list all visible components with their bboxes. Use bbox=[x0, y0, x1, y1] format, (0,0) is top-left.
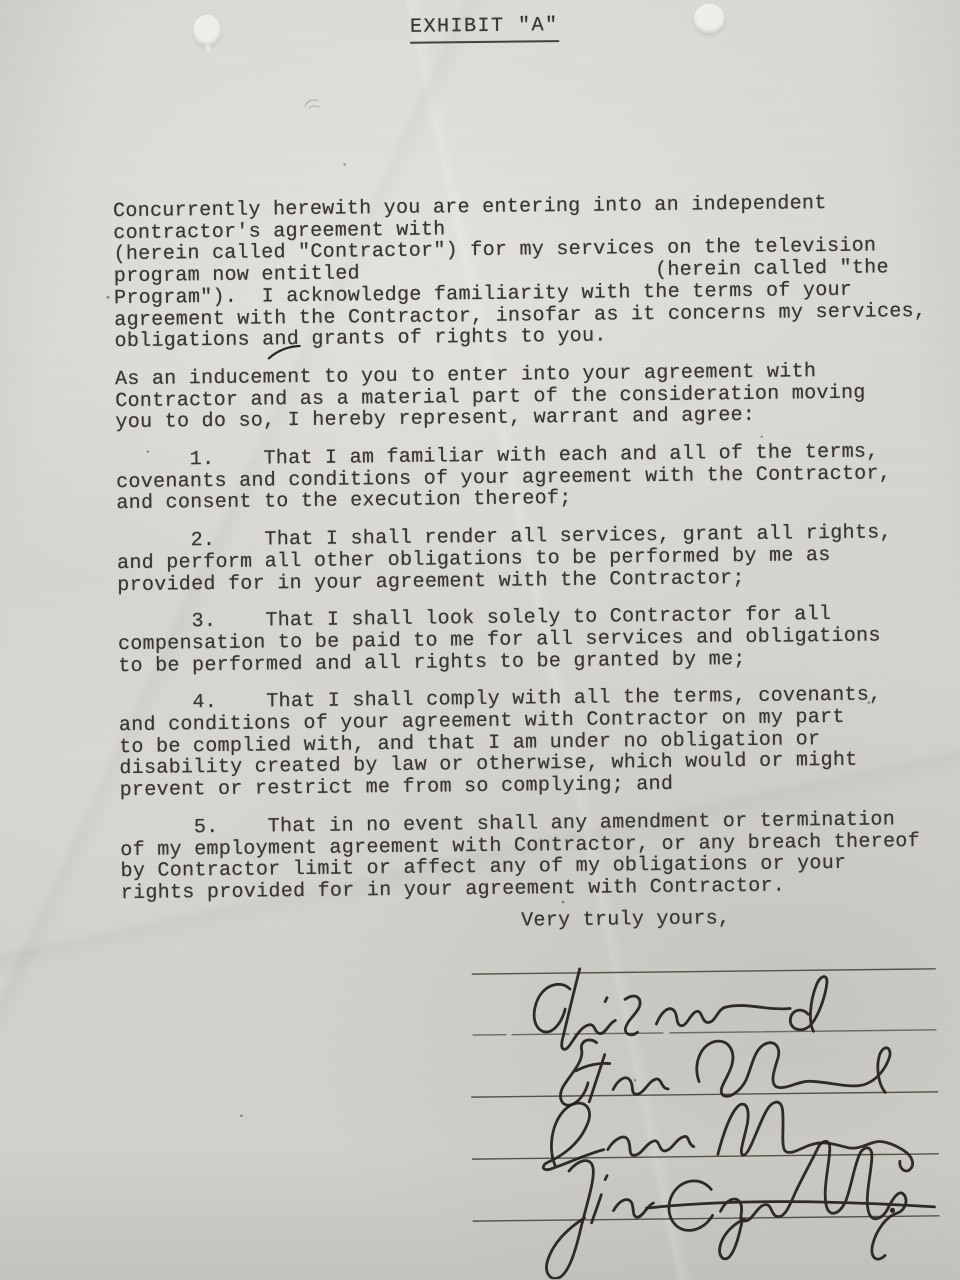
signature-lines bbox=[470, 969, 940, 1221]
clause-4: 4. That I shall comply with all the term… bbox=[119, 684, 950, 802]
clause-5: 5. That in no event shall any amendment … bbox=[120, 809, 951, 905]
signature-chris-wood bbox=[534, 966, 828, 1050]
exhibit-title: EXHIBIT "A" bbox=[410, 14, 559, 44]
signature-dave-mason bbox=[543, 1099, 913, 1175]
paragraph-intro: Concurrently herewith you are entering i… bbox=[113, 192, 945, 353]
signature-line-1 bbox=[472, 969, 936, 974]
signature-line-2 bbox=[472, 1030, 936, 1035]
document-body: Concurrently herewith you are entering i… bbox=[113, 192, 951, 921]
clause-3: 3. That I shall look solely to Contracto… bbox=[118, 603, 949, 678]
document: EXHIBIT "A" Concurrently herewith you ar… bbox=[0, 0, 960, 1280]
signature-steve-winwood bbox=[560, 1037, 891, 1106]
paragraph-inducement: As an inducement to you to enter into yo… bbox=[115, 360, 946, 435]
signature-line-5 bbox=[473, 1216, 940, 1221]
scanned-document-page: EXHIBIT "A" Concurrently herewith you ar… bbox=[0, 0, 960, 1280]
signature-line-4 bbox=[472, 1154, 939, 1159]
clause-1: 1. That I am familiar with each and all … bbox=[116, 441, 947, 516]
clause-2: 2. That I shall render all services, gra… bbox=[117, 522, 948, 597]
signature-line-3 bbox=[471, 1092, 938, 1097]
signature-jim-capaldi bbox=[545, 1140, 935, 1279]
closing-line: Very truly yours, bbox=[521, 907, 730, 932]
pencil-smudge bbox=[305, 100, 319, 108]
